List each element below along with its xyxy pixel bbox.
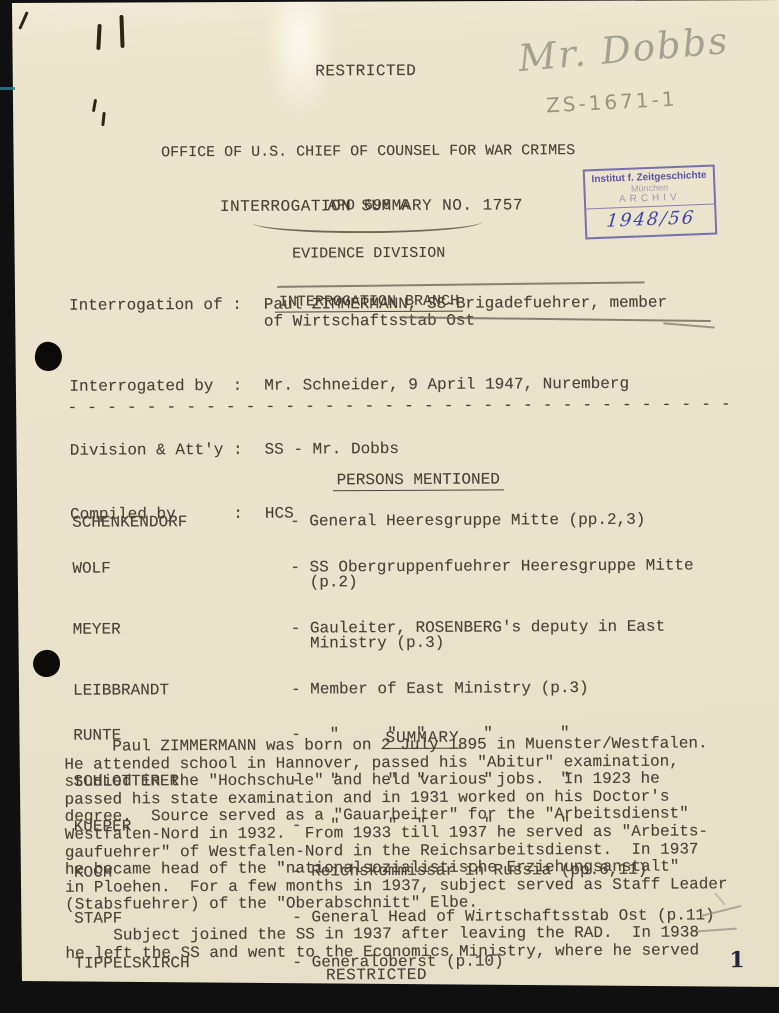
- scanned-document-page: { "colors": { "paper": "#ece4cc", "ink":…: [0, 0, 779, 1013]
- person-row: MEYER - Gauleiter, ROSENBERG's deputy in…: [73, 619, 714, 653]
- metadata-label: Interrogation of :: [69, 297, 242, 315]
- letterhead-office: OFFICE OF U.S. CHIEF OF COUNSEL FOR WAR …: [0, 142, 738, 162]
- archive-stamp-text: Institut f. Zeitgeschichte München ARCHI…: [585, 167, 714, 210]
- person-name: LEIBBRANDT: [73, 682, 291, 698]
- person-name: MEYER: [73, 621, 291, 637]
- summary-paragraph-1: Paul ZIMMERMANN was born on 2 July 1895 …: [64, 735, 727, 914]
- person-row: WOLF - SS Obergruppenfuehrer Heeresgrupp…: [72, 558, 713, 592]
- metadata-value: Mr. Schneider, 9 April 1947, Nuremberg: [242, 376, 629, 395]
- metadata-label: Interrogated by :: [69, 378, 242, 396]
- person-row: SCHENKENDORF - General Heeresgruppe Mitt…: [72, 513, 713, 532]
- dashed-divider: - - - - - - - - - - - - - - - - - - - - …: [67, 395, 740, 417]
- metadata-row: Interrogation of : Paul ZIMMERMANN, SS-B…: [69, 295, 667, 332]
- archive-stamp: Institut f. Zeitgeschichte München ARCHI…: [583, 164, 718, 239]
- page-number: 1: [729, 947, 744, 973]
- person-name: SCHENKENDORF: [72, 515, 290, 531]
- paper-sheet: RESTRICTED OFFICE OF U.S. CHIEF OF COUNS…: [0, 0, 779, 1013]
- typed-content: RESTRICTED OFFICE OF U.S. CHIEF OF COUNS…: [0, 0, 779, 1013]
- metadata-value: Paul ZIMMERMANN, SS-Brigadefuehrer, memb…: [242, 295, 667, 331]
- scan-edge-artifact: [0, 87, 15, 90]
- metadata-row: Interrogated by : Mr. Schneider, 9 April…: [69, 376, 667, 396]
- person-description: - General Heeresgruppe Mitte (pp.2,3): [290, 513, 645, 530]
- person-description: - SS Obergruppenfuehrer Heeresgruppe Mit…: [290, 558, 693, 591]
- summary-paragraph-2: Subject joined the SS in 1937 after leav…: [65, 924, 699, 963]
- person-row: LEIBBRANDT - Member of East Ministry (p.…: [73, 680, 714, 699]
- person-name: WOLF: [72, 561, 290, 577]
- person-description: - Member of East Ministry (p.3): [291, 681, 589, 698]
- person-description: - Gauleiter, ROSENBERG's deputy in East …: [291, 619, 666, 651]
- stamp-accession-number: 1948/56: [585, 204, 716, 237]
